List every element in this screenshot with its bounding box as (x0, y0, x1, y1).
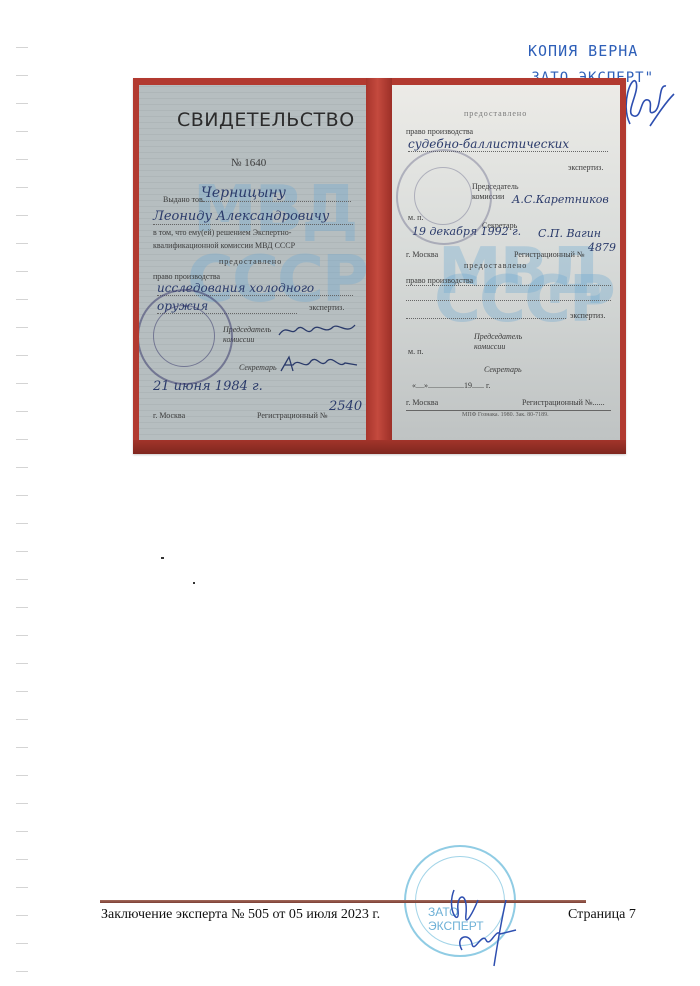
chairman-signature-icon (277, 321, 357, 341)
margin-tick (16, 187, 28, 188)
margin-tick (16, 635, 28, 636)
margin-tick (16, 971, 28, 972)
seal-place-label-2: м. п. (408, 347, 423, 356)
margin-tick (16, 551, 28, 552)
holder-name: Леониду Александровичу (153, 209, 353, 225)
margin-tick (16, 915, 28, 916)
expertise-label: экспертиз. (309, 303, 344, 312)
margin-tick (16, 215, 28, 216)
issued-label: Выдано тов. (163, 195, 205, 204)
granted-label: предоставлено (219, 257, 282, 266)
divider (406, 410, 611, 411)
booklet-spine (366, 78, 392, 454)
footer-conclusion: Заключение эксперта № 505 от 05 июля 202… (101, 907, 380, 923)
expertise-label-2: экспертиз. (570, 311, 605, 320)
city-label: г. Москва (406, 250, 438, 259)
printer-info: МПФ Гознака. 1980. Зак. 80-7189. (462, 412, 549, 418)
margin-tick (16, 103, 28, 104)
registration-label: Регистрационный № (257, 411, 328, 420)
secretary-signature-icon (279, 353, 359, 375)
city-label: г. Москва (153, 411, 185, 420)
registration-label-2: Регистрационный №...... (522, 398, 605, 407)
margin-tick (16, 831, 28, 832)
registration-number: 2540 (329, 399, 362, 414)
blank-line (406, 317, 566, 319)
certificate-number: № 1640 (231, 157, 266, 169)
certificate-title: СВИДЕТЕЛЬСТВО (177, 109, 355, 131)
holder-surname: Черницыну (201, 185, 351, 202)
margin-tick (16, 943, 28, 944)
certificate-photo: МВД СССР СВИДЕТЕЛЬСТВО № 1640 Выдано тов… (133, 78, 626, 454)
margin-tick (16, 775, 28, 776)
right-label: право производства (153, 272, 220, 281)
granted-label: предоставлено (464, 109, 527, 118)
right-label: право производства (406, 127, 473, 136)
margin-tick (16, 663, 28, 664)
registration-number: 4879 (588, 241, 616, 254)
chairman-name: А.С.Каретников (512, 193, 609, 206)
margin-tick (16, 467, 28, 468)
margin-tick (16, 803, 28, 804)
granted-label-2: предоставлено (464, 261, 527, 270)
margin-tick (16, 327, 28, 328)
secretary-label: Секретарь (239, 363, 277, 372)
margin-tick (16, 439, 28, 440)
margin-tick (16, 159, 28, 160)
margin-tick (16, 859, 28, 860)
scan-speck (193, 582, 195, 584)
city-label-2: г. Москва (406, 398, 438, 407)
decision-text-1: в том, что ему(ей) решением Экспертно- (153, 228, 291, 237)
margin-tick (16, 383, 28, 384)
certified-copy-label: КОПИЯ ВЕРНА (528, 42, 638, 60)
margin-tick (16, 747, 28, 748)
right-label-2: право производства (406, 276, 611, 286)
margin-tick (16, 411, 28, 412)
margin-tick (16, 579, 28, 580)
margin-tick (16, 47, 28, 48)
secretary-name: С.П. Вагин (538, 227, 601, 240)
margin-tick (16, 355, 28, 356)
secretary-label-2: Секретарь (484, 365, 522, 374)
margin-tick (16, 495, 28, 496)
margin-tick (16, 887, 28, 888)
margin-tick (16, 271, 28, 272)
scan-speck (161, 557, 164, 559)
margin-tick (16, 691, 28, 692)
margin-tick (16, 131, 28, 132)
margin-tick (16, 299, 28, 300)
official-seal-icon (396, 149, 492, 245)
right-page: МВД СССР предоставлено право производств… (392, 85, 620, 440)
left-page: МВД СССР СВИДЕТЕЛЬСТВО № 1640 Выдано тов… (139, 85, 366, 440)
decision-text-2: квалификационной комиссии МВД СССР (153, 241, 295, 250)
margin-tick (16, 607, 28, 608)
blank-line (406, 299, 611, 301)
margin-tick (16, 75, 28, 76)
registration-label: Регистрационный № (514, 250, 585, 259)
official-seal-icon (139, 289, 233, 385)
expertise-label: экспертиз. (568, 163, 603, 172)
chairman-label-2: Председатель комиссии (474, 332, 524, 352)
booklet-bottom-edge (133, 440, 626, 454)
footer-signature-icon (440, 870, 520, 970)
margin-tick (16, 243, 28, 244)
page-number: Страница 7 (568, 907, 636, 923)
margin-tick (16, 719, 28, 720)
blank-date: «....»..................19...... г. (412, 381, 490, 390)
margin-tick (16, 523, 28, 524)
